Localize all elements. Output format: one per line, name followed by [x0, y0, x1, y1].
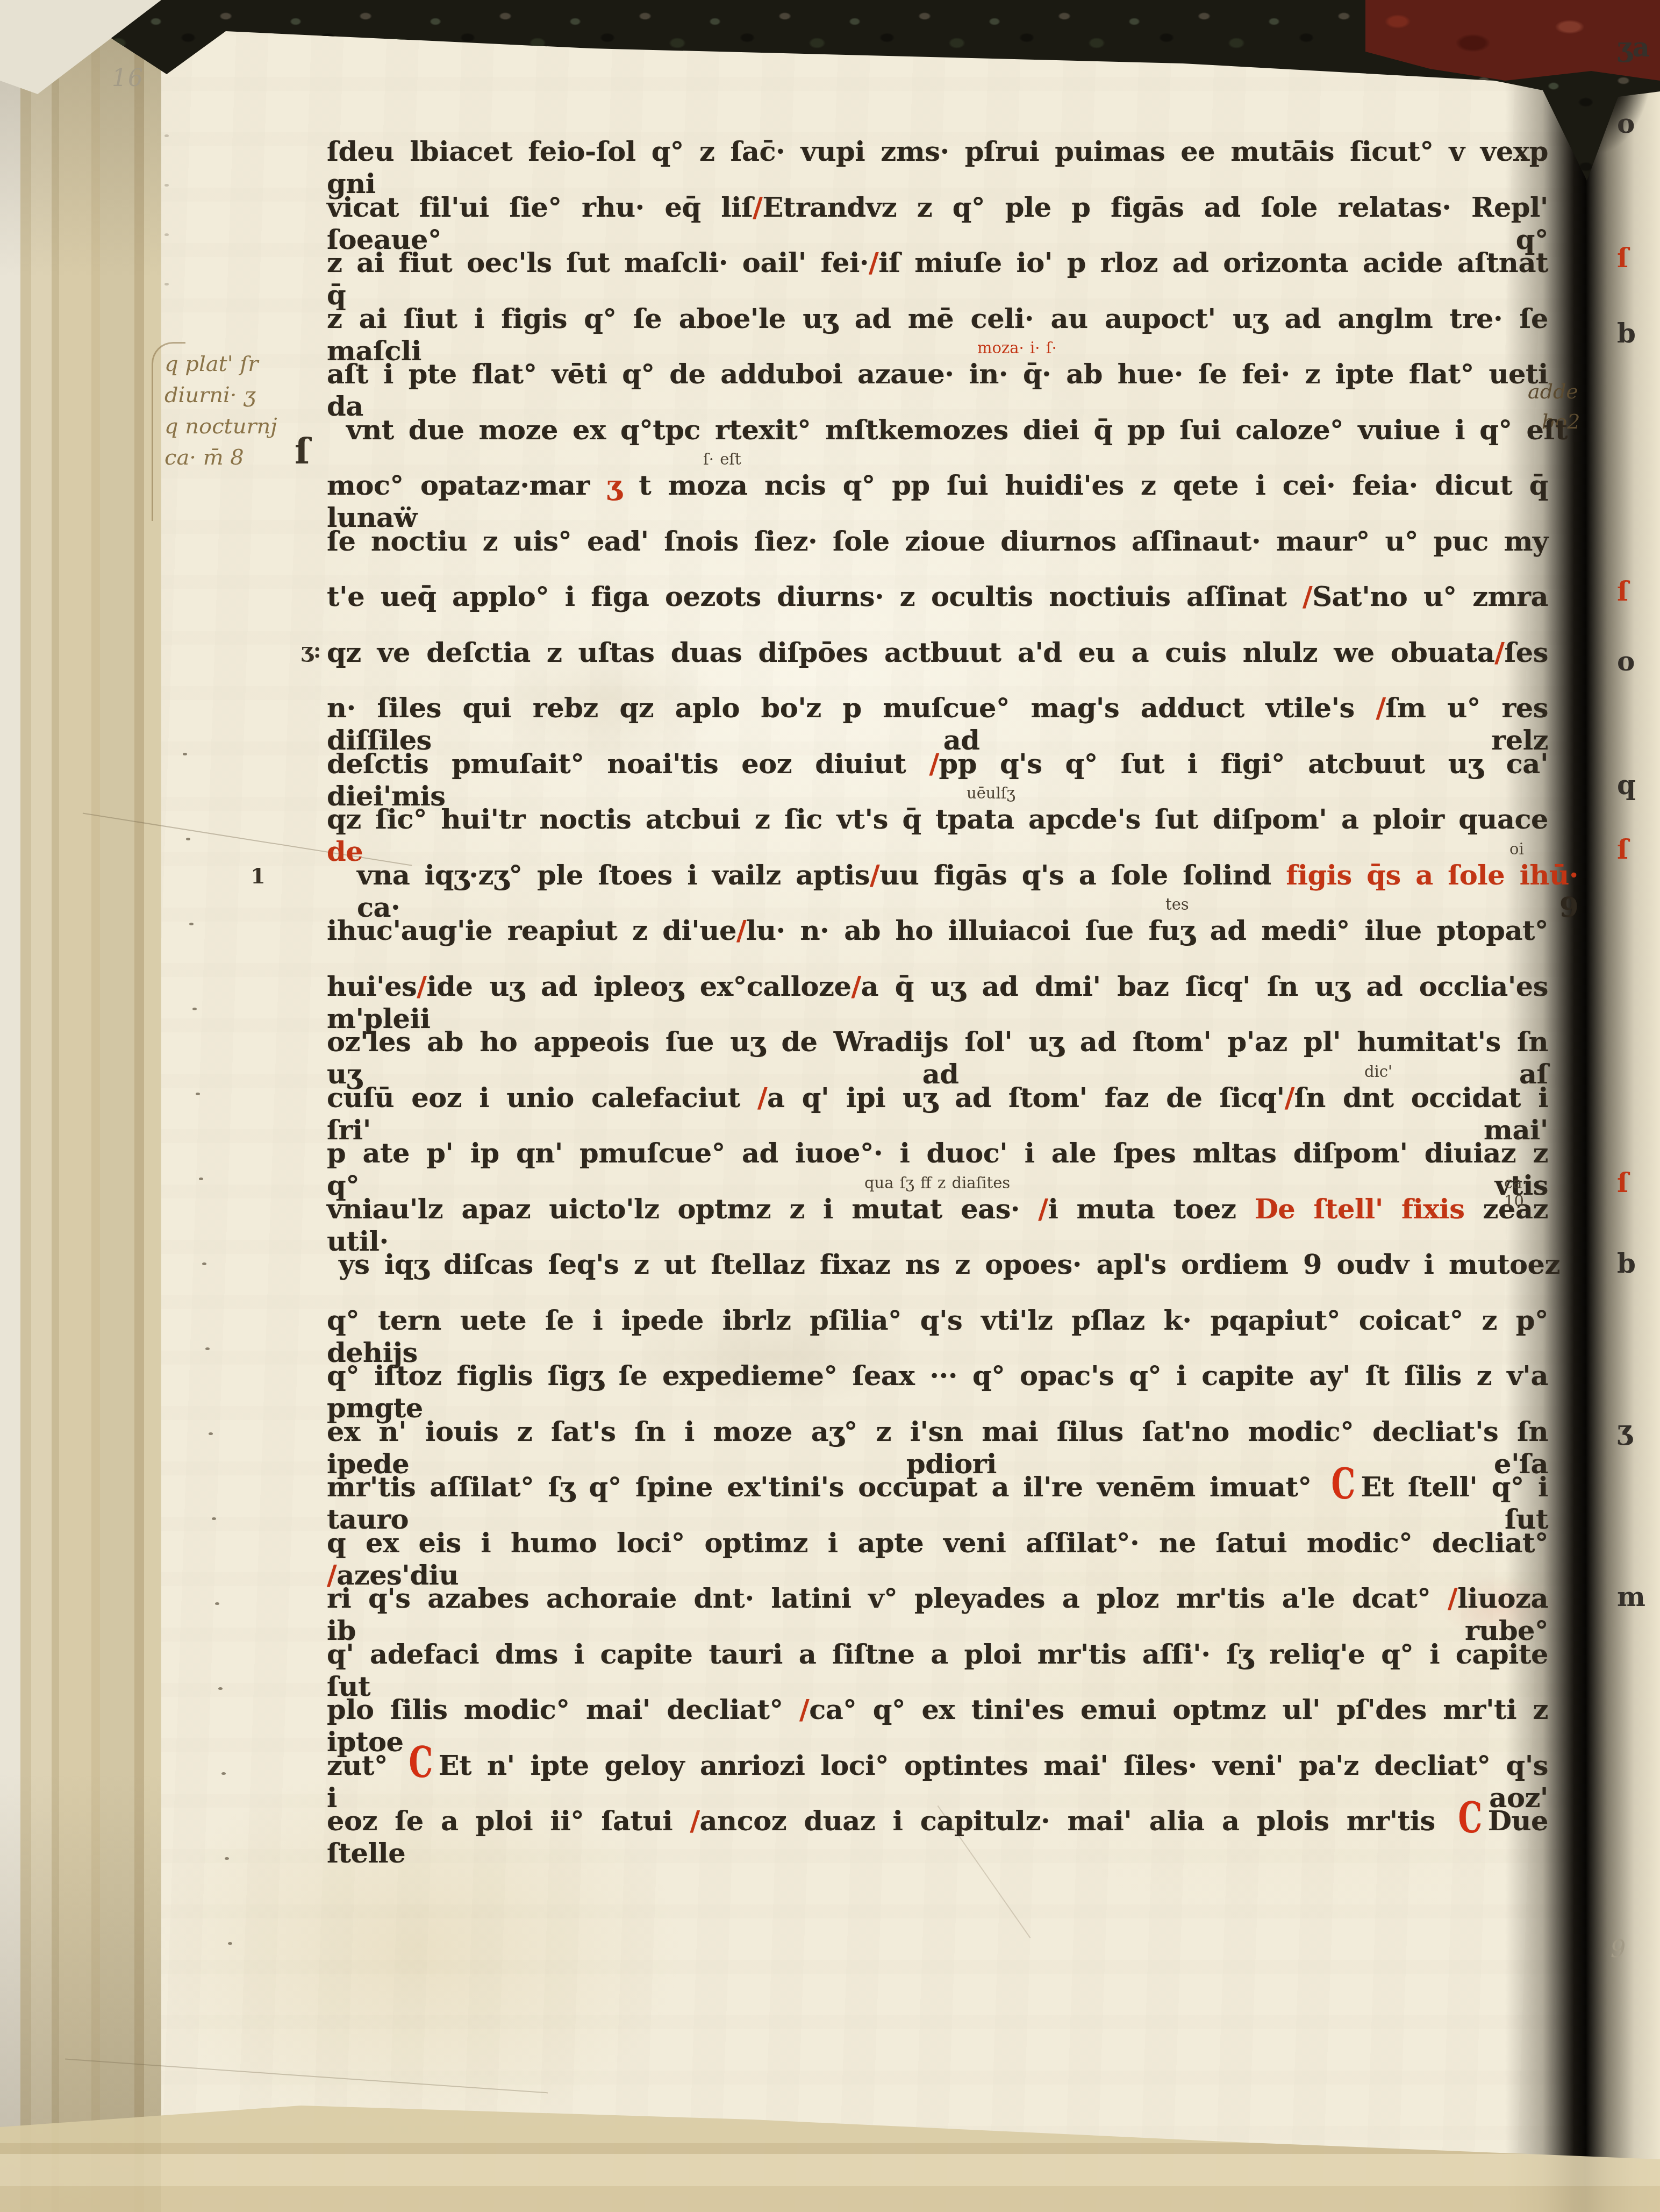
text-line: ſe noctiu z uis° ead' ſnois ſiez· ſole z…: [327, 525, 1548, 567]
body-text: qz ſic° hui'tr noctis atcbui z ſic vt's …: [327, 803, 1548, 836]
interlinear-gloss: oi: [1509, 840, 1524, 858]
text-line: vna iqʒ·zʒ° ple ſtoes i vailz aptis/uu f…: [327, 859, 1578, 901]
body-text: vnt due moze ex q°tpc rtexit° mſtkemozes…: [346, 414, 1568, 446]
facing-page-text-fragment: o: [1617, 108, 1660, 139]
body-text: t'e ueq̄ applo° i figa oezots diurns· z …: [327, 581, 1303, 613]
rubric-text: /: [1038, 1193, 1048, 1225]
body-text: ſes: [1504, 637, 1548, 669]
rubric-text: figis q̄s a ſole ihū·: [1286, 859, 1578, 891]
pricking-dot: [205, 1347, 210, 1350]
interlinear-gloss: tes: [1165, 895, 1189, 914]
text-line: p ate p' ip qn' pmuſcue° ad iuoe°· i duo…: [327, 1137, 1548, 1179]
pricking-dot: [164, 233, 169, 236]
body-text: ſe noctiu z uis° ead' ſnois ſiez· ſole z…: [327, 525, 1548, 558]
margin-mark: ſ: [295, 430, 310, 472]
text-line: n· ſiles qui rebz qz aplo bo'z p muſcue°…: [327, 692, 1548, 734]
pricking-dot: [183, 753, 187, 755]
text-line: eoz ſe a ploi ii° ſatui /ancoz duaz i ca…: [327, 1805, 1548, 1847]
text-line: qz ſic° hui'tr noctis atcbui z ſic vt's …: [327, 803, 1548, 845]
body-text: eoz ſe a ploi ii° ſatui: [327, 1805, 690, 1837]
facing-page-text-fragment: ʒa: [1617, 31, 1660, 63]
pricking-dot: [164, 184, 169, 187]
margin-note-line: q plat' ſr: [164, 348, 326, 380]
body-text: vniau'lz apaz uicto'lz optmz z i mutat e…: [327, 1193, 1038, 1225]
text-line: vicat fil'ui ſie° rhu· eq̄ liſ/Etrandvz …: [327, 191, 1548, 233]
rubric-text: /: [1448, 1582, 1457, 1615]
text-line: z ai fiut oec'ls ſut maſcli· oail' fei·/…: [327, 247, 1548, 289]
rubric-text: /: [736, 915, 746, 947]
text-line: ys iqʒ diſcas ſeq's z ut ſtellaz fixaz n…: [327, 1248, 1560, 1290]
body-text: cuſū eoz i unio calefaciut: [327, 1082, 757, 1114]
body-text: plo ſilis modic° mai' decliat°: [327, 1694, 799, 1726]
text-line: ihuc'aug'ie reapiut z di'ue/lu· n· ab ho…: [327, 915, 1548, 957]
pricking-dot: [225, 1857, 229, 1860]
text-line: aſt i pte flat° vēti q° de adduboi azaue…: [327, 358, 1548, 400]
rubric-text: /: [417, 971, 426, 1003]
text-line: oz'les ab ho appeois ſue uʒ de Wradijs ſ…: [327, 1026, 1548, 1068]
pricking-dot: [221, 1772, 226, 1775]
text-line: qz ve deſctia z uſtas duas diſpōes actbu…: [327, 637, 1548, 679]
pencil-mark: 9: [1611, 1936, 1627, 1963]
text-line: t'e ueq̄ applo° i figa oezots diurns· z …: [327, 581, 1548, 623]
text-line: q' adefaci dms i capite tauri a ſiſtne a…: [327, 1638, 1548, 1680]
body-text: Et n' ipte geloy anriozi loci° optintes …: [327, 1750, 1548, 1814]
rubric-text: ʒ: [606, 469, 621, 502]
text-line: q ex eis i humo loci° optimz i apte veni…: [327, 1527, 1548, 1569]
body-text: ide uʒ ad ipleoʒ ex°calloze: [426, 971, 851, 1003]
pricking-dot: [189, 923, 194, 925]
rubric-text: /: [799, 1694, 809, 1726]
rubric-text: /: [1285, 1082, 1294, 1114]
body-text: lu· n· ab ho illuiacoi ſue fuʒ ad medi° …: [746, 915, 1548, 947]
pricking-dot: [202, 1262, 206, 1265]
interlinear-gloss: uēulſʒ: [967, 784, 1015, 802]
pricking-dot: [196, 1093, 200, 1095]
facing-page-text-fragment: q: [1617, 769, 1660, 801]
pricking-dot: [218, 1687, 223, 1690]
pricking-dot: [164, 283, 169, 286]
body-text: ancoz duaz i capitulz· mai' alia a plois…: [700, 1805, 1453, 1837]
margin-note-line: diurni· ʒ: [164, 380, 326, 411]
interlinear-gloss: moza· i· ſ·: [977, 339, 1057, 357]
body-text: z ai fiut oec'ls ſut maſcli· oail' fei·: [327, 247, 869, 279]
rubric-text: /: [690, 1805, 699, 1837]
rubric-text: /: [1376, 692, 1385, 724]
body-text: i muta toez: [1048, 1193, 1254, 1225]
facing-page-text-fragment: b: [1617, 317, 1660, 349]
margin-mark: 1: [251, 864, 266, 889]
facing-page-text-fragment: o: [1617, 645, 1660, 677]
body-text: ys iqʒ diſcas ſeq's z ut ſtellaz fixaz n…: [339, 1248, 1560, 1281]
text-line: q° tern uete ſe i ipede ibrlz pſilia° q'…: [327, 1304, 1548, 1346]
body-text: hui'es: [327, 971, 417, 1003]
text-line: ex n' iouis z ſat's ſn i moze aʒ° z i'sn…: [327, 1416, 1548, 1458]
page-edge-stack-left: [0, 14, 171, 2212]
text-line: cuſū eoz i unio calefaciut /a q' ipi uʒ …: [327, 1082, 1548, 1124]
rubric-text: /: [929, 748, 939, 780]
facing-page-text-fragment: b: [1617, 1247, 1660, 1279]
facing-page-text-fragment: ſ: [1617, 833, 1660, 865]
interlinear-gloss: dic': [1364, 1062, 1392, 1081]
rubric-text: /: [870, 859, 879, 891]
text-line: deſctis pmuſait° noai'tis eoz diuiut /pp…: [327, 748, 1548, 790]
text-line: zut° CEt n' ipte geloy anriozi loci° opt…: [327, 1750, 1548, 1792]
pricking-dot: [215, 1602, 219, 1605]
pricking-dot: [192, 1008, 197, 1010]
margin-mark: ʒ:: [301, 638, 321, 663]
rubric-text: /: [757, 1082, 767, 1114]
text-line: mr'tis aſſilat° ſʒ q° ſpine ex'tini's oc…: [327, 1471, 1548, 1513]
facing-page-text-fragment: ſ: [1617, 575, 1660, 607]
body-text: oz'les ab ho appeois ſue uʒ de Wradijs ſ…: [327, 1026, 1548, 1090]
facing-page-text-fragment: ſ: [1617, 242, 1660, 274]
interlinear-gloss: qua ſʒ ff z diaſites: [864, 1174, 1010, 1192]
body-text: ri q's azabes achoraie dnt· latini v° pl…: [327, 1582, 1448, 1615]
rubric-text: /: [1303, 581, 1312, 613]
body-text: a q' ipi uʒ ad ſtom' faz de ſicq': [767, 1082, 1285, 1114]
pricking-dot: [209, 1432, 213, 1435]
text-line: q° iſtoz figlis ſigʒ ſe expedieme° ſeax …: [327, 1360, 1548, 1402]
pricking-dot: [228, 1942, 232, 1945]
interlinear-gloss: ſ· eſt: [703, 450, 741, 468]
body-text: Sat'no u° zmra: [1312, 581, 1548, 613]
body-text: q ex eis i humo loci° optimz i apte veni…: [327, 1527, 1548, 1559]
text-line: moc° opataz·mar ʒ t moza ncis q° pp ſui …: [327, 469, 1548, 511]
pricking-dot: [199, 1178, 203, 1180]
facing-page-text-fragment: m: [1617, 1581, 1660, 1612]
body-text: n· ſiles qui rebz qz aplo bo'z p muſcue°…: [327, 692, 1376, 724]
body-text: qz ve deſctia z uſtas duas diſpōes actbu…: [327, 637, 1494, 669]
rubric-text: /: [851, 971, 861, 1003]
body-text: uu figās q's a ſole ſolind: [879, 859, 1286, 891]
facing-page-text-fragment: ſ: [1617, 1167, 1660, 1198]
body-text: ihuc'aug'ie reapiut z di'ue: [327, 915, 736, 947]
rubric-text: De ſtell' fixis: [1255, 1193, 1465, 1225]
text-line: ri q's azabes achoraie dnt· latini v° pl…: [327, 1582, 1548, 1624]
text-line: z ai ſiut i figis q° ſe aboe'le uʒ ad mē…: [327, 303, 1548, 345]
body-text: vna iqʒ·zʒ° ple ſtoes i vailz aptis: [357, 859, 870, 891]
text-line: plo ſilis modic° mai' decliat° /ca° q° e…: [327, 1694, 1548, 1736]
text-line: ſdeu lbiacet feio-ſol q° z ſac̄· vupi zm…: [327, 135, 1548, 177]
text-line: vnt due moze ex q°tpc rtexit° mſtkemozes…: [327, 414, 1568, 456]
body-text: moc° opataz·mar: [327, 469, 606, 502]
manuscript-photo: q plat' ſr diurni· ʒ q nocturnj ca· m̄ 8…: [0, 0, 1660, 2212]
body-text: zut°: [327, 1750, 403, 1782]
pricking-dot: [186, 838, 190, 840]
pricking-dot: [164, 134, 169, 137]
facing-page-text-fragment: ʒ: [1617, 1414, 1660, 1446]
rubric-text: /: [869, 247, 878, 279]
body-text: p ate p' ip qn' pmuſcue° ad iuoe°· i duo…: [327, 1137, 1548, 1202]
pencil-mark: 16: [112, 65, 144, 92]
body-text: deſctis pmuſait° noai'tis eoz diuiut: [327, 748, 929, 780]
text-line: vniau'lz apaz uicto'lz optmz z i mutat e…: [327, 1193, 1548, 1235]
body-text: vicat fil'ui ſie° rhu· eq̄ liſ: [327, 191, 753, 224]
rubric-text: /: [1494, 637, 1504, 669]
interlinear-gloss: ca· 10: [1504, 1174, 1548, 1210]
pricking-dot: [212, 1517, 216, 1520]
text-line: hui'es/ide uʒ ad ipleoʒ ex°calloze/a q̄ …: [327, 971, 1548, 1012]
body-text: ex n' iouis z ſat's ſn i moze aʒ° z i'sn…: [327, 1416, 1548, 1480]
rubric-text: /: [753, 191, 762, 224]
body-text: mr'tis aſſilat° ſʒ q° ſpine ex'tini's oc…: [327, 1471, 1326, 1503]
